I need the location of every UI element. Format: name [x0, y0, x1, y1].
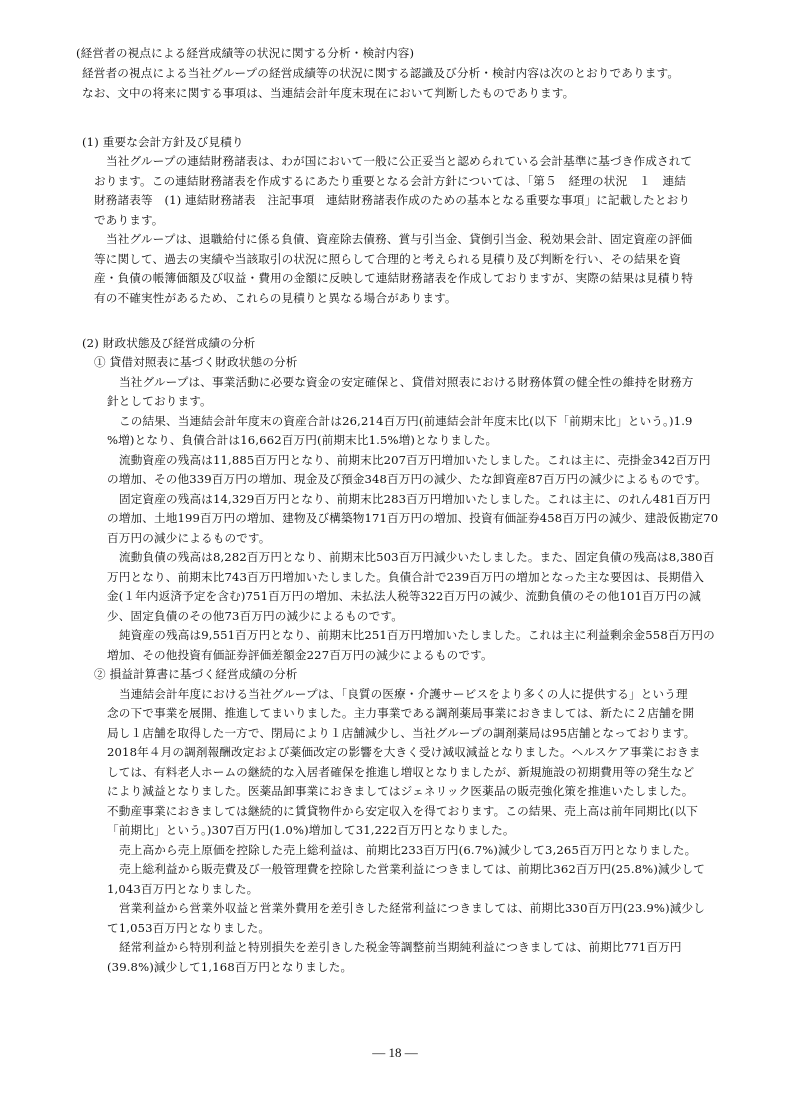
paragraph-line: 増加、その他投資有価証券評価差額金227百万円の減少によるものです。	[107, 646, 493, 666]
paragraph-line: おります。この連結財務諸表を作成するにあたり重要となる会計方針については、「第５…	[94, 172, 686, 192]
paragraph-line: 財務諸表等 (1) 連結財務諸表 注記事項 連結財務諸表作成のための基本となる重…	[94, 191, 690, 211]
paragraph-line: 当社グループは、退職給付に係る負債、資産除去債務、賞与引当金、貸倒引当金、税効果…	[106, 230, 692, 250]
paragraph-line: %増)となり、負債合計は16,662百万円(前期末比1.5%増)となりました。	[107, 431, 497, 451]
paragraph-line: 「前期比」という。)307百万円(1.0%)増加して31,222百万円となりまし…	[107, 821, 515, 841]
paragraph-line: 売上総利益から販売費及び一般管理費を控除した営業利益につきましては、前期比362…	[119, 860, 705, 880]
section-1-title: (1) 重要な会計方針及び見積り	[82, 133, 244, 153]
paragraph-line: の増加、土地199百万円の増加、建物及び構築物171百万円の増加、投資有価証券4…	[107, 509, 718, 529]
paragraph-line: 百万円の減少によるものです。	[107, 529, 271, 549]
subsection-1-title: ① 貸借対照表に基づく財政状態の分析	[94, 353, 297, 373]
paragraph-line: 念の下で事業を展開、推進してまいりました。主力事業である調剤薬局事業におきまして…	[107, 704, 694, 724]
paragraph-line: 流動資産の残高は11,885百万円となり、前期末比207百万円増加いたしました。…	[119, 451, 711, 471]
page-number: — 18 —	[0, 1045, 790, 1061]
paragraph-line: 当社グループの連結財務諸表は、わが国において一般に公正妥当と認められている会計基…	[106, 152, 692, 172]
paragraph-line: 針としております。	[107, 392, 212, 412]
paragraph-line: 金(１年内返済予定を含む)751百万円の増加、未払法人税等322百万円の減少、流…	[107, 587, 701, 607]
paragraph-line: 少、固定負債のその他73百万円の減少によるものです。	[107, 607, 403, 627]
paragraph-line: 固定資産の残高は14,329百万円となり、前期末比283百万円増加いたしました。…	[119, 490, 711, 510]
paragraph-line: 売上高から売上原価を控除した売上総利益は、前期比233百万円(6.7%)減少して…	[119, 841, 696, 861]
paragraph-line: 有の不確実性があるため、これらの見積りと異なる場合があります。	[94, 289, 457, 309]
paragraph-line: 局し１店舗を取得した一方で、閉局により１店舗減少し、当社グループの調剤薬局は95…	[107, 724, 695, 744]
paragraph-line: 不動産事業におきましては継続的に賃貸物件から安定収入を得ております。この結果、売…	[107, 802, 698, 822]
document-page: (経営者の視点による経営成績等の状況に関する分析・検討内容) 経営者の視点による…	[0, 0, 790, 1118]
paragraph-line: 万円となり、前期末比743百万円増加いたしました。負債合計で239百万円の増加と…	[107, 568, 704, 588]
paragraph-line: 営業利益から営業外収益と営業外費用を差引きした経常利益につきましては、前期比33…	[119, 899, 705, 919]
paragraph-line: であります。	[94, 211, 164, 231]
subsection-2-title: ② 損益計算書に基づく経営成績の分析	[94, 665, 297, 685]
paragraph-line: 産・負債の帳簿価額及び収益・費用の金額に反映して連結財務諸表を作成しておりますが…	[94, 269, 693, 289]
paragraph-line: て1,053百万円となりました。	[107, 919, 270, 939]
paragraph-line: 等に関して、過去の実績や当該取引の状況に照らして合理的と考えられる見積り及び判断…	[94, 250, 681, 270]
paragraph-line: の増加、その他339百万円の増加、現金及び預金348百万円の減少、たな卸資産87…	[107, 470, 707, 490]
paragraph-line: 当連結会計年度における当社グループは、「良質の医療・介護サービスをより多くの人に…	[119, 685, 688, 705]
paragraph-line: により減益となりました。医薬品卸事業におきましてはジェネリック医薬品の販売強化策…	[107, 782, 694, 802]
section-2-title: (2) 財政状態及び経営成績の分析	[82, 334, 255, 354]
paragraph-line: 経常利益から特別利益と特別損失を差引きした税金等調整前当期純利益につきましては、…	[119, 938, 682, 958]
paragraph-line: 当社グループは、事業活動に必要な資金の安定確保と、貸借対照表における財務体質の健…	[119, 373, 694, 393]
paragraph-line: 純資産の残高は9,551百万円となり、前期末比251百万円増加いたしました。これ…	[119, 626, 715, 646]
paragraph-line: 2018年４月の調剤報酬改定および薬価改定の影響を大きく受け減収減益となりました…	[107, 743, 700, 763]
paragraph-line: 流動負債の残高は8,282百万円となり、前期末比503百万円減少いたしました。ま…	[119, 548, 714, 568]
paragraph-line: (39.8%)減少して1,168百万円となりました。	[107, 958, 352, 978]
document-heading: (経営者の視点による経営成績等の状況に関する分析・検討内容)	[76, 44, 414, 64]
intro-line: 経営者の視点による当社グループの経営成績等の状況に関する認識及び分析・検討内容は…	[82, 64, 679, 84]
paragraph-line: 1,043百万円となりました。	[107, 880, 258, 900]
intro-line: なお、文中の将来に関する事項は、当連結会計年度末現在において判断したものでありま…	[82, 84, 574, 104]
paragraph-line: しては、有料老人ホームの継続的な入居者確保を推進し増収となりましたが、新規施設の…	[107, 763, 694, 783]
paragraph-line: この結果、当連結会計年度末の資産合計は26,214百万円(前連結会計年度末比(以…	[119, 412, 693, 432]
